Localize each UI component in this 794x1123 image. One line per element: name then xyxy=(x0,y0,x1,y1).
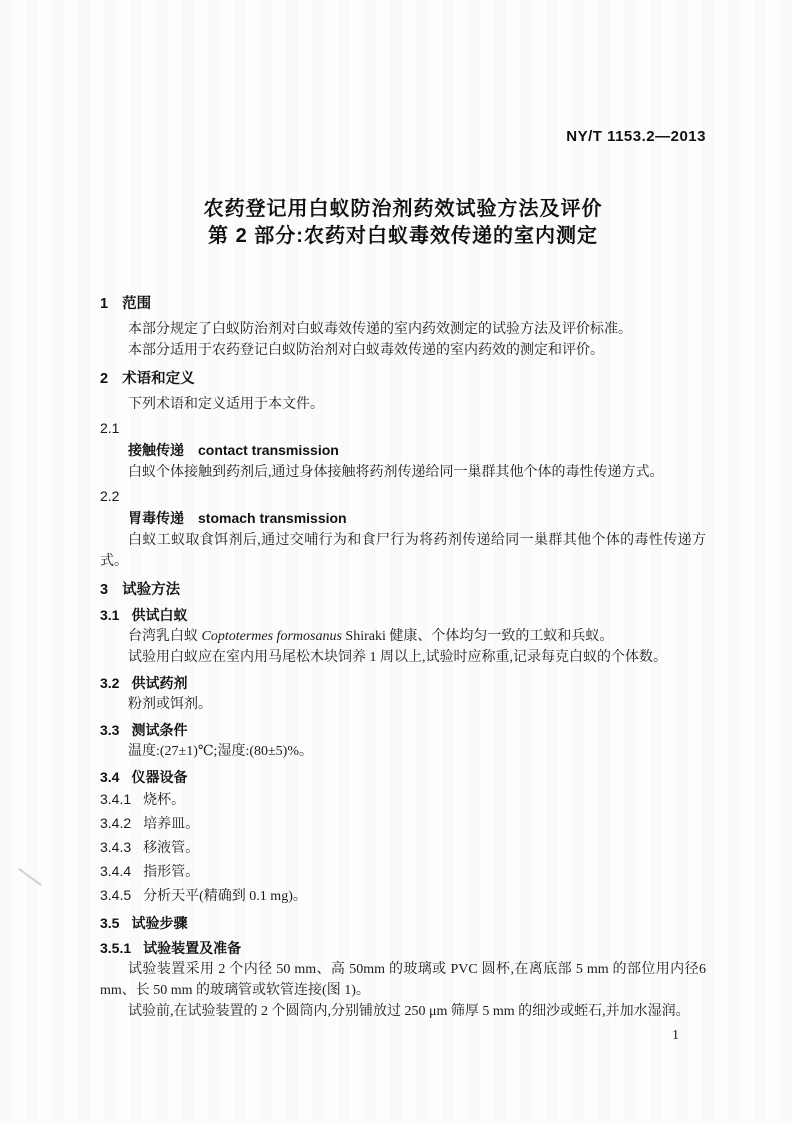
equipment-item: 3.4.4指形管。 xyxy=(100,860,706,884)
clause-3-5-heading: 3.5试验步骤 xyxy=(100,913,706,933)
clause-3-1-heading: 3.1供试白蚁 xyxy=(100,605,706,625)
equipment-item: 3.4.1烧杯。 xyxy=(100,788,706,812)
term-2-1-cn: 接触传递 xyxy=(128,442,184,458)
species-text-post: Shiraki 健康、个体均匀一致的工蚁和兵蚁。 xyxy=(342,629,613,644)
equipment-item: 3.4.5分析天平(精确到 0.1 mg)。 xyxy=(100,884,706,908)
section-1-paragraph-1: 本部分规定了白蚁防治剂对白蚁毒效传递的室内药效测定的试验方法及评价标准。 xyxy=(100,319,706,340)
clause-3-2-paragraph: 粉剂或饵剂。 xyxy=(100,694,706,715)
section-2-intro: 下列术语和定义适用于本文件。 xyxy=(100,394,706,415)
clause-3-2-number: 3.2 xyxy=(100,673,119,693)
equipment-item-number: 3.4.5 xyxy=(100,884,131,907)
clause-3-5-1-title: 试验装置及准备 xyxy=(143,940,241,956)
clause-3-3-title: 测试条件 xyxy=(131,722,187,738)
term-2-2-en: stomach transmission xyxy=(198,510,347,526)
clause-3-1-number: 3.1 xyxy=(100,605,119,625)
clause-3-1-paragraph-2: 试验用白蚁应在室内用马尾松木块饲养 1 周以上,试验时应称重,记录每克白蚁的个体… xyxy=(100,647,706,668)
scan-artifact-mark xyxy=(18,868,42,886)
clause-3-5-1-paragraph-1: 试验装置采用 2 个内径 50 mm、高 50mm 的玻璃或 PVC 圆杯,在离… xyxy=(100,959,706,1001)
equipment-item-text: 分析天平(精确到 0.1 mg)。 xyxy=(143,889,307,904)
document-title: 农药登记用白蚁防治剂药效试验方法及评价 第 2 部分:农药对白蚁毒效传递的室内测… xyxy=(100,196,706,250)
clause-3-3-heading: 3.3测试条件 xyxy=(100,720,706,740)
term-2-1-en: contact transmission xyxy=(198,442,339,458)
term-2-1-heading: 接触传递contact transmission xyxy=(100,439,706,461)
section-2-title: 术语和定义 xyxy=(122,371,195,387)
section-2-number: 2 xyxy=(100,369,108,389)
clause-3-3-number: 3.3 xyxy=(100,720,119,740)
clause-3-5-number: 3.5 xyxy=(100,913,119,933)
clause-3-1-paragraph-1: 台湾乳白蚁 Coptotermes formosanus Shiraki 健康、… xyxy=(100,626,706,647)
species-latin-name: Coptotermes formosanus xyxy=(202,629,342,644)
equipment-item: 3.4.3移液管。 xyxy=(100,836,706,860)
clause-3-2-heading: 3.2供试药剂 xyxy=(100,673,706,693)
document-title-line2: 第 2 部分:农药对白蚁毒效传递的室内测定 xyxy=(100,223,706,250)
page-number: 1 xyxy=(672,1028,679,1044)
clause-3-5-title: 试验步骤 xyxy=(131,915,187,931)
term-2-2-cn: 胃毒传递 xyxy=(128,510,184,526)
clause-3-4-heading: 3.4仪器设备 xyxy=(100,767,706,787)
term-2-2-number: 2.2 xyxy=(100,486,706,506)
page-content: NY/T 1153.2—2013 农药登记用白蚁防治剂药效试验方法及评价 第 2… xyxy=(100,128,706,1022)
section-1-heading: 1范围 xyxy=(100,294,706,314)
section-1-number: 1 xyxy=(100,294,108,314)
standard-code: NY/T 1153.2—2013 xyxy=(100,128,706,146)
clause-3-1-title: 供试白蚁 xyxy=(131,607,187,623)
clause-3-5-1-heading: 3.5.1试验装置及准备 xyxy=(100,938,706,958)
term-2-1-definition: 白蚁个体接触到药剂后,通过身体接触将药剂传递给同一巢群其他个体的毒性传递方式。 xyxy=(100,462,706,483)
document-title-line1: 农药登记用白蚁防治剂药效试验方法及评价 xyxy=(100,196,706,223)
species-text-pre: 台湾乳白蚁 xyxy=(128,629,202,644)
section-1-paragraph-2: 本部分适用于农药登记白蚁防治剂对白蚁毒效传递的室内药效的测定和评价。 xyxy=(100,340,706,361)
equipment-item-number: 3.4.4 xyxy=(100,860,131,883)
equipment-item-text: 培养皿。 xyxy=(143,817,199,832)
equipment-item: 3.4.2培养皿。 xyxy=(100,812,706,836)
clause-3-5-1-number: 3.5.1 xyxy=(100,938,131,958)
section-1-title: 范围 xyxy=(122,296,151,312)
equipment-item-number: 3.4.1 xyxy=(100,788,131,811)
equipment-item-number: 3.4.2 xyxy=(100,812,131,835)
section-3-title: 试验方法 xyxy=(122,582,180,598)
term-2-2-heading: 胃毒传递stomach transmission xyxy=(100,507,706,529)
section-3-heading: 3试验方法 xyxy=(100,580,706,600)
clause-3-3-paragraph: 温度:(27±1)℃;湿度:(80±5)%。 xyxy=(100,741,706,762)
equipment-item-number: 3.4.3 xyxy=(100,836,131,859)
term-2-2-definition: 白蚁工蚁取食饵剂后,通过交哺行为和食尸行为将药剂传递给同一巢群其他个体的毒性传递… xyxy=(100,530,706,572)
section-3-number: 3 xyxy=(100,580,108,600)
clause-3-4-number: 3.4 xyxy=(100,767,119,787)
equipment-item-text: 移液管。 xyxy=(143,841,199,856)
clause-3-2-title: 供试药剂 xyxy=(131,675,187,691)
equipment-item-text: 烧杯。 xyxy=(143,793,185,808)
clause-3-4-title: 仪器设备 xyxy=(131,769,187,785)
term-2-1-number: 2.1 xyxy=(100,418,706,438)
equipment-item-text: 指形管。 xyxy=(143,865,199,880)
document-page: NY/T 1153.2—2013 农药登记用白蚁防治剂药效试验方法及评价 第 2… xyxy=(0,0,794,1123)
section-2-heading: 2术语和定义 xyxy=(100,369,706,389)
clause-3-5-1-paragraph-2: 试验前,在试验装置的 2 个圆筒内,分别铺放过 250 μm 筛厚 5 mm 的… xyxy=(100,1001,706,1022)
